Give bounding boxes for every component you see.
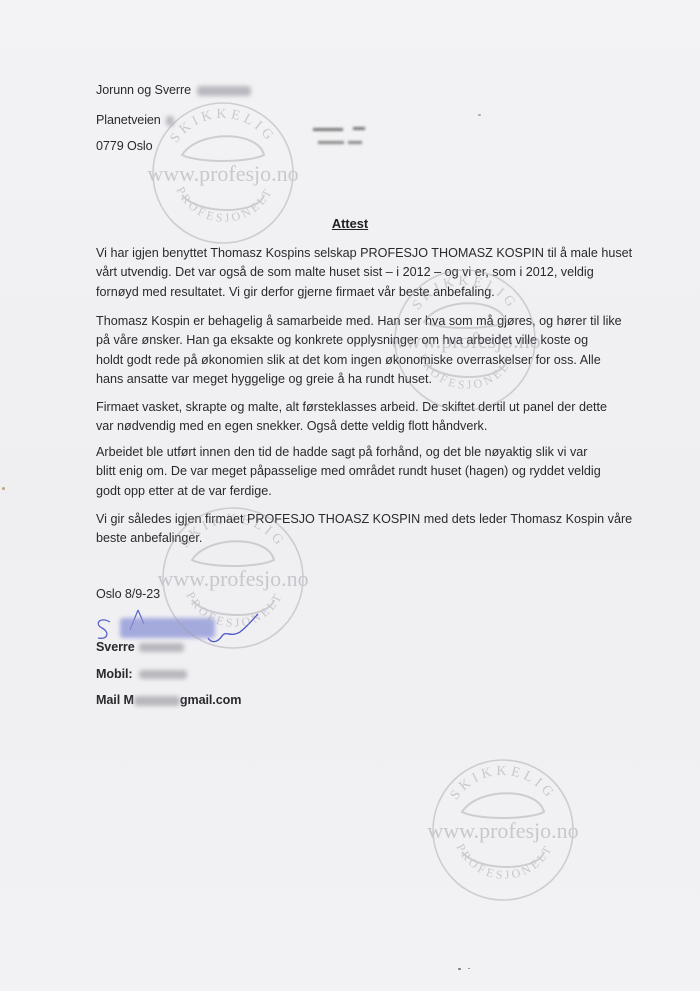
svg-text:www.profesjo.no: www.profesjo.no bbox=[389, 328, 540, 353]
paragraph-line: blitt enig om. De var meget påpasselige … bbox=[96, 462, 616, 481]
blurred-mark bbox=[318, 141, 344, 144]
paragraph-line: godt opp etter at de var ferdige. bbox=[96, 482, 616, 501]
profesjo-stamp: SKIKKELIGwww.profesjo.noPROFESJONELT bbox=[148, 500, 318, 650]
svg-text:PROFESJONELT: PROFESJONELT bbox=[173, 184, 275, 225]
paragraph-line: Vi har igjen benyttet Thomasz Kospins se… bbox=[96, 244, 616, 263]
svg-text:PROFESJONELT: PROFESJONELT bbox=[453, 841, 555, 882]
dust-speck bbox=[468, 968, 470, 969]
svg-text:www.profesjo.no: www.profesjo.no bbox=[427, 818, 578, 843]
svg-text:SKIKKELIG: SKIKKELIG bbox=[168, 107, 279, 146]
blurred-mark bbox=[353, 127, 365, 130]
dust-speck bbox=[2, 487, 5, 490]
profesjo-stamp: SKIKKELIGwww.profesjo.noPROFESJONELT bbox=[380, 262, 550, 412]
mobile-line: Mobil: bbox=[96, 664, 187, 684]
svg-text:www.profesjo.no: www.profesjo.no bbox=[157, 566, 308, 591]
mail-line: Mail Mgmail.com bbox=[96, 690, 241, 710]
dust-speck bbox=[458, 968, 461, 970]
mail-domain: gmail.com bbox=[180, 693, 241, 707]
mail-label: Mail bbox=[96, 693, 120, 707]
blurred-mark bbox=[348, 141, 362, 144]
svg-text:PROFESJONELT: PROFESJONELT bbox=[415, 351, 517, 392]
paragraph-line: var nødvendig med en egen snekker. Også … bbox=[96, 417, 616, 436]
mobile-label: Mobil: bbox=[96, 667, 132, 681]
svg-text:SKIKKELIG: SKIKKELIG bbox=[410, 274, 521, 313]
redacted-email-user bbox=[134, 696, 180, 706]
svg-text:SKIKKELIG: SKIKKELIG bbox=[448, 764, 559, 803]
letter-title: Attest bbox=[0, 216, 700, 231]
svg-text:SKIKKELIG: SKIKKELIG bbox=[178, 512, 289, 551]
profesjo-stamp: SKIKKELIGwww.profesjo.noPROFESJONELT bbox=[138, 95, 308, 245]
signer-first-name: Sverre bbox=[96, 640, 135, 654]
svg-text:PROFESJONELT: PROFESJONELT bbox=[183, 589, 285, 630]
paragraph-4: Arbeidet ble utført innen den tid de had… bbox=[96, 443, 616, 501]
profesjo-stamp: SKIKKELIGwww.profesjo.noPROFESJONELT bbox=[418, 752, 588, 902]
mail-prefix: M bbox=[124, 693, 134, 707]
paragraph-line: Arbeidet ble utført innen den tid de had… bbox=[96, 443, 616, 462]
redacted-phone bbox=[139, 670, 187, 679]
dust-speck bbox=[478, 114, 481, 116]
blurred-mark bbox=[313, 128, 343, 131]
scanned-letter-page: Jorunn og Sverre Planetveien 0779 Oslo A… bbox=[0, 0, 700, 991]
svg-text:www.profesjo.no: www.profesjo.no bbox=[147, 161, 298, 186]
